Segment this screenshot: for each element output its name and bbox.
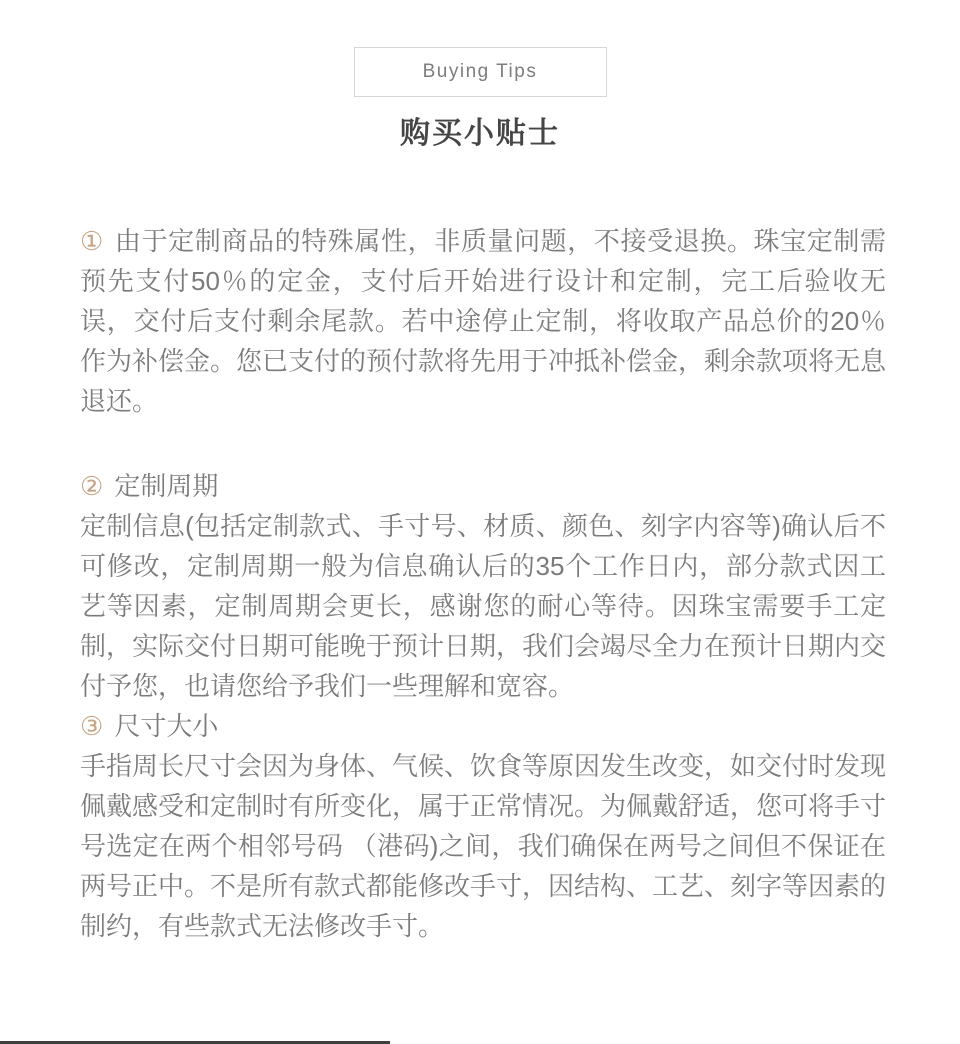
tips-content: ①由于定制商品的特殊属性，非质量问题，不接受退换。珠宝定制需预先支付50％的定金… bbox=[80, 221, 886, 946]
tip-1-marker: ① bbox=[80, 226, 104, 256]
tip-2-body: 定制信息(包括定制款式、手寸号、材质、颜色、刻字内容等)确认后不可修改，定制周期… bbox=[80, 511, 886, 701]
tip-2-heading-label: 定制周期 bbox=[114, 471, 218, 501]
buying-tips-badge-label: Buying Tips bbox=[423, 61, 538, 83]
tip-section-2-body: 定制信息(包括定制款式、手寸号、材质、颜色、刻字内容等)确认后不可修改，定制周期… bbox=[80, 506, 886, 706]
tip-3-marker: ③ bbox=[80, 711, 103, 741]
tip-section-1: ①由于定制商品的特殊属性，非质量问题，不接受退换。珠宝定制需预先支付50％的定金… bbox=[80, 221, 886, 421]
tip-2-marker: ② bbox=[80, 471, 103, 501]
tip-1-body: 由于定制商品的特殊属性，非质量问题，不接受退换。珠宝定制需预先支付50％的定金，… bbox=[80, 226, 886, 416]
tip-section-3-body: 手指周长尺寸会因为身体、气候、饮食等原因发生改变，如交付时发现佩戴感受和定制时有… bbox=[80, 746, 886, 946]
page-title: 购买小贴士 bbox=[0, 118, 960, 150]
tip-3-heading-label: 尺寸大小 bbox=[114, 711, 218, 741]
buying-tips-badge: Buying Tips bbox=[354, 47, 607, 97]
tip-section-3-heading: ③尺寸大小 bbox=[80, 706, 886, 746]
tip-3-body: 手指周长尺寸会因为身体、气候、饮食等原因发生改变，如交付时发现佩戴感受和定制时有… bbox=[80, 751, 886, 941]
tip-section-2-heading: ②定制周期 bbox=[80, 466, 886, 506]
